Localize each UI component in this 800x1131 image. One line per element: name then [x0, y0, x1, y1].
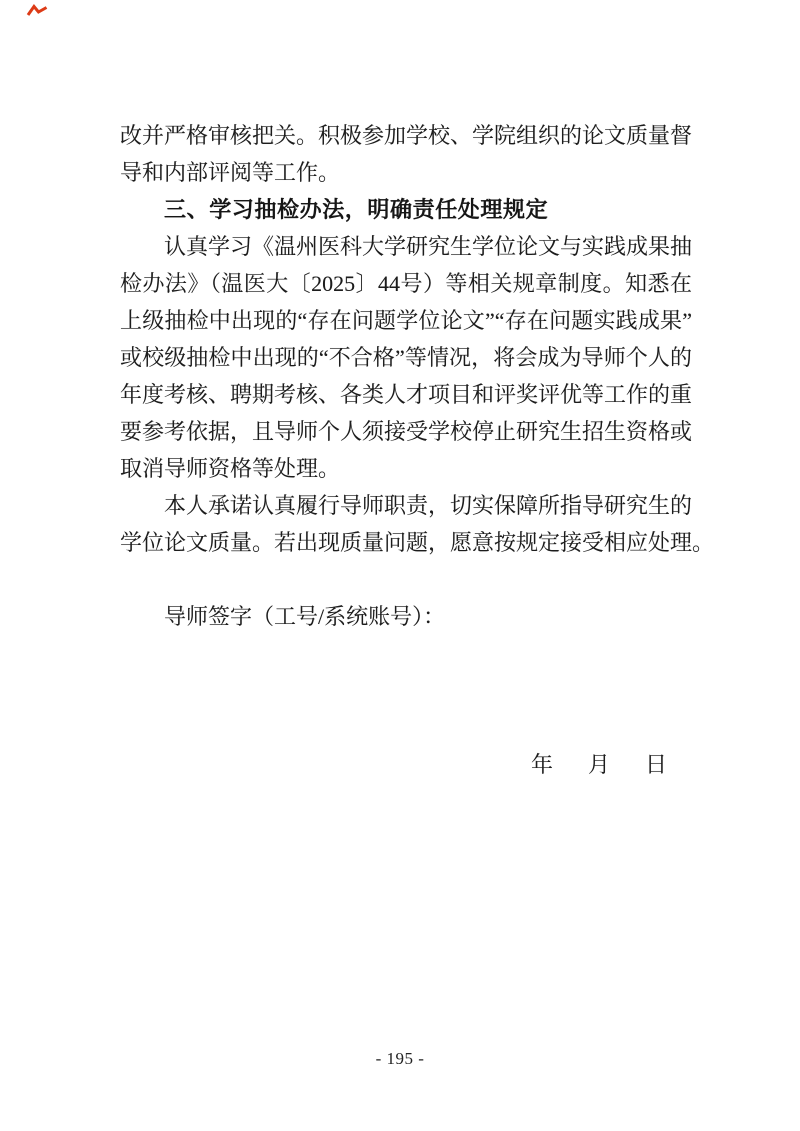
paragraph-line: 本人承诺认真履行导师职责，切实保障所指导研究生的 [120, 487, 692, 524]
blank-line [120, 672, 692, 709]
date-month-label: 月 [588, 746, 610, 783]
section-heading: 三、学习抽检办法，明确责任处理规定 [120, 191, 692, 228]
blank-line [120, 561, 692, 598]
signature-label: 导师签字（工号/系统账号）： [120, 598, 692, 635]
paragraph-line: 或校级抽检中出现的“不合格”等情况，将会成为导师个人的 [120, 339, 692, 376]
page-number: - 195 - [0, 1049, 800, 1069]
red-pen-mark-icon [26, 3, 48, 18]
date-day-label: 日 [645, 746, 667, 783]
paragraph-line: 认真学习《温州医科大学研究生学位论文与实践成果抽 [120, 228, 692, 265]
paragraph-line: 上级抽检中出现的“存在问题学位论文”“存在问题实践成果” [120, 302, 692, 339]
date-year-label: 年 [531, 746, 553, 783]
paragraph-line: 改并严格审核把关。积极参加学校、学院组织的论文质量督 [120, 117, 692, 154]
paragraph-line: 检办法》（温医大〔2025〕44号）等相关规章制度。知悉在 [120, 265, 692, 302]
paragraph-line: 学位论文质量。若出现质量问题，愿意按规定接受相应处理。 [120, 524, 692, 561]
date-line: 年 月 日 [120, 746, 692, 783]
paragraph-line: 取消导师资格等处理。 [120, 450, 692, 487]
document-page: 改并严格审核把关。积极参加学校、学院组织的论文质量督 导和内部评阅等工作。 三、… [0, 0, 800, 1131]
blank-line [120, 709, 692, 746]
blank-line [120, 635, 692, 672]
paragraph-line: 年度考核、聘期考核、各类人才项目和评奖评优等工作的重 [120, 376, 692, 413]
paragraph-line: 要参考依据，且导师个人须接受学校停止研究生招生资格或 [120, 413, 692, 450]
document-body: 改并严格审核把关。积极参加学校、学院组织的论文质量督 导和内部评阅等工作。 三、… [120, 117, 692, 783]
paragraph-line: 导和内部评阅等工作。 [120, 154, 692, 191]
